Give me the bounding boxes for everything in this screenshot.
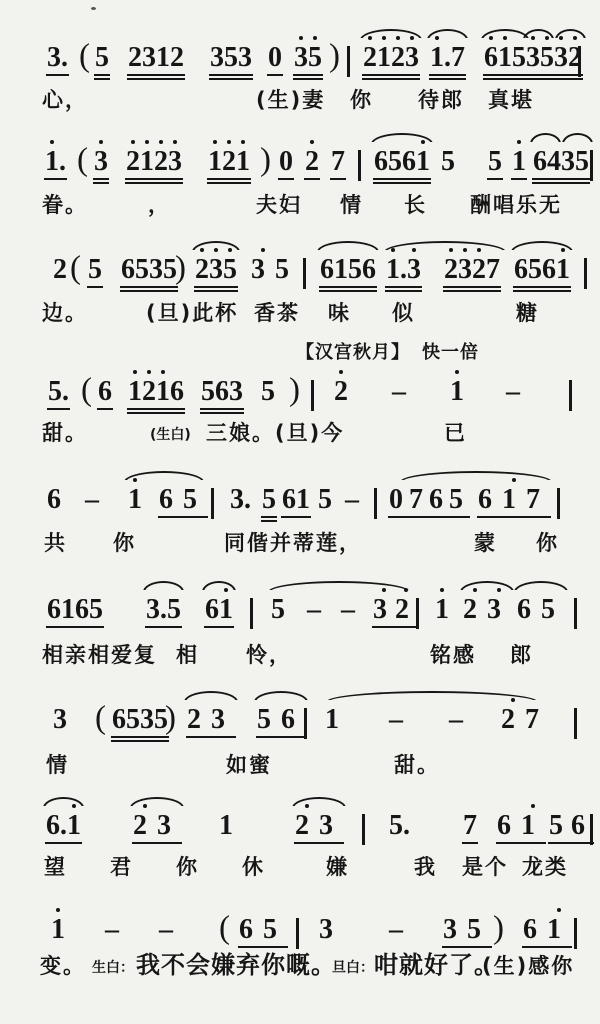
octave-dot xyxy=(557,908,561,912)
note-token: ( xyxy=(69,252,82,287)
note-token: 2327 xyxy=(443,256,501,288)
octave-dot xyxy=(313,36,317,40)
octave-dot xyxy=(382,588,386,592)
note-token: ( xyxy=(94,702,107,737)
octave-dot xyxy=(455,370,459,374)
lyric-token: 相 xyxy=(176,643,199,667)
octave-dot xyxy=(200,248,204,252)
lyric-token: 蒙 xyxy=(474,531,497,555)
note-token: 56 xyxy=(256,706,306,738)
note-token: 65 xyxy=(158,486,208,518)
note-token: – xyxy=(388,706,404,736)
octave-dot xyxy=(489,36,493,40)
note-token: 3 xyxy=(318,916,334,946)
note-token: 5 xyxy=(487,148,503,180)
note-token: 2123 xyxy=(125,148,183,180)
lyric-token: 君 xyxy=(110,855,133,879)
octave-dot xyxy=(545,36,549,40)
note-token: ( xyxy=(76,144,89,179)
lyrics-row: 相亲相爱复相怜，铭感郎 xyxy=(0,643,600,683)
barline xyxy=(362,814,365,845)
lyric-token: 休 xyxy=(242,855,265,879)
notes-row: 61653.5615––3212365 xyxy=(0,596,600,636)
lyric-token: (旦)此杯 xyxy=(146,301,238,325)
octave-dot xyxy=(517,140,521,144)
lyric-token: 你 xyxy=(536,531,559,555)
octave-dot xyxy=(305,804,309,808)
note-token: 1216 xyxy=(127,378,185,410)
lyric-token: 相亲相爱复 xyxy=(42,643,157,667)
barline xyxy=(569,380,572,411)
note-token: 615 xyxy=(483,44,527,76)
lyrics-row: 甜。(生白)三娘。(旦)今已 xyxy=(0,421,600,461)
note-token: 2 xyxy=(333,378,349,408)
note-token: 61 xyxy=(204,596,234,628)
note-token: – xyxy=(340,596,356,626)
note-token: 563 xyxy=(200,378,244,410)
octave-dot xyxy=(50,140,54,144)
octave-dot xyxy=(421,140,425,144)
lyric-token: 似 xyxy=(392,301,415,325)
lyric-token: 旦白： xyxy=(332,960,374,976)
note-token: 23 xyxy=(462,596,512,626)
octave-dot xyxy=(56,908,60,912)
octave-dot xyxy=(396,36,400,40)
octave-dot xyxy=(391,248,395,252)
lyrics-row: 边。(旦)此杯香茶味似糖 xyxy=(0,301,600,341)
barline xyxy=(250,598,253,629)
note-token: 353 xyxy=(209,44,253,76)
note-token: 3532 xyxy=(525,44,583,76)
note-token: 6535 xyxy=(111,706,169,738)
octave-dot xyxy=(435,36,439,40)
octave-dot xyxy=(299,36,303,40)
lyric-token: 真堪 xyxy=(488,88,534,112)
octave-dot xyxy=(213,140,217,144)
barline xyxy=(584,258,587,289)
octave-dot xyxy=(133,370,137,374)
note-token: 3.5 xyxy=(145,596,182,628)
lyric-token: 你 xyxy=(176,855,199,879)
notes-row: 2(56535)2353561561.323276561 xyxy=(0,256,600,296)
lyric-token: 香茶 xyxy=(254,301,300,325)
note-token: 121 xyxy=(207,148,251,180)
barline xyxy=(574,708,577,739)
lyric-token: 铭感 xyxy=(430,643,476,667)
lyric-token: 咁就好了。 xyxy=(374,952,499,980)
octave-dot xyxy=(133,478,137,482)
lyric-token: 嫌 xyxy=(326,855,349,879)
lyric-token: 共 xyxy=(44,531,67,555)
lyric-token: 如蜜 xyxy=(226,753,272,777)
note-token: 65 xyxy=(238,916,288,948)
lyric-token: 你 xyxy=(350,88,373,112)
note-token: 23 xyxy=(294,812,344,844)
note-token: 5. xyxy=(47,378,70,410)
lyric-token: 生白： xyxy=(92,960,134,976)
lyric-token: 情 xyxy=(46,753,69,777)
lyric-token: 你 xyxy=(113,531,136,555)
note-token: ( xyxy=(80,374,93,409)
note-token: – xyxy=(391,378,407,408)
note-token: 5. xyxy=(388,812,411,842)
octave-dot xyxy=(497,588,501,592)
note-token: – xyxy=(448,706,464,736)
octave-dot xyxy=(228,248,232,252)
note-token: 2123 xyxy=(362,44,420,76)
lyric-token: 我 xyxy=(414,855,437,879)
tune-name: 【汉宫秋月】 xyxy=(296,338,410,364)
lyric-token: 是个 xyxy=(462,855,508,879)
barline xyxy=(303,258,306,289)
octave-dot xyxy=(339,370,343,374)
notes-row: 5.(612165635)2–1– xyxy=(0,378,600,418)
octave-dot xyxy=(512,478,516,482)
note-token: ) xyxy=(328,40,341,75)
octave-dot xyxy=(382,36,386,40)
note-token: 6156 xyxy=(319,256,377,288)
note-token: 23 xyxy=(132,812,182,844)
barline xyxy=(557,488,560,519)
note-token: 35 xyxy=(442,916,492,948)
note-token: 1 xyxy=(511,148,527,180)
note-token: ( xyxy=(78,40,91,75)
note-token: 27 xyxy=(500,706,550,736)
barline xyxy=(590,814,593,845)
note-token: 32 xyxy=(372,596,418,628)
note-token: 61 xyxy=(522,916,572,948)
barline xyxy=(211,488,214,519)
note-token: – xyxy=(84,486,100,516)
lyrics-row: 望君你休嫌我是个龙类 xyxy=(0,855,600,895)
note-token: ) xyxy=(174,252,187,287)
note-token: 35 xyxy=(250,256,300,286)
note-token: ( xyxy=(218,912,231,947)
score-page: 3.(52312353035)21231.76153532心，(生)妻你待郎真堪… xyxy=(0,0,600,1024)
notes-row: 3(6535)23561––27 xyxy=(0,706,600,746)
note-token: ) xyxy=(164,702,177,737)
octave-dot xyxy=(531,36,535,40)
note-token: 3. xyxy=(229,486,252,516)
octave-dot xyxy=(131,140,135,144)
lyric-token: 心， xyxy=(42,88,88,112)
octave-dot xyxy=(573,36,577,40)
lyric-token: 我不会嫌弃你嘅。 xyxy=(136,952,336,980)
notes-row: 1.(32123121)02765615516435 xyxy=(0,148,600,188)
barline xyxy=(374,488,377,519)
octave-dot xyxy=(503,36,507,40)
lyric-token: 糖 xyxy=(516,301,539,325)
note-token: 6 xyxy=(97,378,113,410)
note-token: ) xyxy=(492,912,505,947)
lyric-token: 待郎 xyxy=(418,88,464,112)
octave-dot xyxy=(410,36,414,40)
notes-row: 1––(653–35)61 xyxy=(0,916,600,956)
note-token: 5 xyxy=(261,486,277,518)
note-token: 56 xyxy=(548,812,594,844)
octave-dot xyxy=(241,140,245,144)
note-token: 6561 xyxy=(373,148,431,180)
octave-dot xyxy=(72,804,76,808)
octave-dot xyxy=(404,588,408,592)
note-token: 6165 xyxy=(46,596,104,628)
note-token: 5 xyxy=(440,148,456,178)
note-token: 6535 xyxy=(120,256,178,288)
lyric-token: (生)妻 xyxy=(256,88,325,112)
note-token: 1. xyxy=(44,148,67,180)
octave-dot xyxy=(224,588,228,592)
barline xyxy=(574,598,577,629)
octave-dot xyxy=(463,248,467,252)
tune-annotation: 【汉宫秋月】 快一倍 xyxy=(0,338,600,362)
octave-dot xyxy=(412,248,416,252)
octave-dot xyxy=(449,248,453,252)
note-token: – xyxy=(344,486,360,516)
octave-dot xyxy=(161,370,165,374)
octave-dot xyxy=(143,804,147,808)
octave-dot xyxy=(159,140,163,144)
notes-row: 6–1653.5615–0765617 xyxy=(0,486,600,526)
barline xyxy=(590,150,593,181)
lyric-token: ， xyxy=(148,193,171,217)
note-token: 6561 xyxy=(513,256,571,288)
lyric-token: 甜。 xyxy=(42,421,88,445)
note-token: 617 xyxy=(477,486,551,518)
notes-row: 3.(52312353035)21231.76153532 xyxy=(0,44,600,84)
lyric-token: 边。 xyxy=(42,301,88,325)
note-token: 23 xyxy=(186,706,236,738)
note-token: 1 xyxy=(434,596,450,626)
note-token: 2312 xyxy=(127,44,185,76)
lyric-token: 甜。 xyxy=(394,753,440,777)
barline xyxy=(574,918,577,949)
octave-dot xyxy=(147,370,151,374)
note-token: 2 xyxy=(304,148,320,180)
note-token: 1.7 xyxy=(429,44,466,76)
barline xyxy=(311,380,314,411)
barline xyxy=(347,46,350,77)
octave-dot xyxy=(99,140,103,144)
barline xyxy=(296,918,299,949)
octave-dot xyxy=(511,698,515,702)
lyrics-row: 心，(生)妻你待郎真堪 xyxy=(0,88,600,128)
lyric-token: 长 xyxy=(404,193,427,217)
note-token: 1 xyxy=(449,378,465,408)
lyric-token: 三娘。(旦)今 xyxy=(206,421,344,445)
lyric-token: 龙类 xyxy=(522,855,568,879)
notes-row: 6.1231235.76156 xyxy=(0,812,600,852)
octave-dot xyxy=(214,248,218,252)
note-token: 5 xyxy=(260,378,276,408)
barline xyxy=(578,46,581,77)
lyric-token: 同偕并蒂莲， xyxy=(224,531,362,555)
lyric-token: (生)感你 xyxy=(482,954,574,978)
lyrics-row: 共你同偕并蒂莲，蒙你 xyxy=(0,531,600,571)
barline xyxy=(416,598,419,629)
octave-dot xyxy=(559,36,563,40)
note-token: 3. xyxy=(46,44,69,76)
note-token: 0 xyxy=(278,148,294,180)
note-token: – xyxy=(104,916,120,946)
note-token: 2 xyxy=(52,256,68,286)
note-token: 0 xyxy=(267,44,283,76)
octave-dot xyxy=(173,140,177,144)
note-token: 5 xyxy=(317,486,333,516)
lyric-token: 变。 xyxy=(40,954,86,978)
note-token: – xyxy=(388,916,404,946)
octave-dot xyxy=(227,140,231,144)
note-token: – xyxy=(505,378,521,408)
lyric-token: 酬唱乐无 xyxy=(470,193,562,217)
note-token: – xyxy=(306,596,322,626)
octave-dot xyxy=(440,588,444,592)
note-token: 1 xyxy=(218,812,234,842)
octave-dot xyxy=(261,248,265,252)
lyrics-row: 眷。，夫妇情长酬唱乐无 xyxy=(0,193,600,233)
octave-dot xyxy=(473,588,477,592)
octave-dot xyxy=(561,248,565,252)
lyric-token: 味 xyxy=(328,301,351,325)
note-token: 3 xyxy=(52,706,68,736)
note-token: 65 xyxy=(516,596,566,626)
lyric-token: 眷。 xyxy=(42,193,88,217)
note-token: 61 xyxy=(496,812,546,844)
lyric-token: 情 xyxy=(340,193,363,217)
octave-dot xyxy=(310,140,314,144)
tempo-marking: 快一倍 xyxy=(422,338,479,364)
lyric-token: 已 xyxy=(444,421,467,445)
note-token: 6.1 xyxy=(45,812,82,844)
lyric-token: (生白) xyxy=(150,427,191,443)
barline xyxy=(304,708,307,739)
note-token: 61 xyxy=(281,486,311,518)
octave-dot xyxy=(145,140,149,144)
note-token: 5 xyxy=(87,256,103,288)
octave-dot xyxy=(368,36,372,40)
note-token: 6435 xyxy=(532,148,590,180)
lyrics-row: 变。生白：我不会嫌弃你嘅。旦白：咁就好了。(生)感你 xyxy=(0,954,600,994)
lyric-token: 望 xyxy=(44,855,67,879)
note-token: ) xyxy=(288,374,301,409)
barline xyxy=(358,150,361,181)
note-token: 7 xyxy=(462,812,478,844)
note-token: 7 xyxy=(330,148,346,180)
note-token: 5 xyxy=(94,44,110,76)
octave-dot xyxy=(477,248,481,252)
note-token: 6 xyxy=(46,486,62,516)
lyric-token: 夫妇 xyxy=(256,193,302,217)
lyric-token: 郎 xyxy=(510,643,533,667)
note-token: – xyxy=(158,916,174,946)
octave-dot xyxy=(531,804,535,808)
lyric-token: 怜， xyxy=(246,643,292,667)
note-token: 1 xyxy=(50,916,66,946)
lyrics-row: 情如蜜甜。 xyxy=(0,753,600,793)
note-token: 235 xyxy=(194,256,238,288)
scan-artifact xyxy=(91,7,96,10)
note-token: ) xyxy=(259,144,272,179)
note-token: 3 xyxy=(93,148,109,180)
note-token: 35 xyxy=(293,44,323,76)
